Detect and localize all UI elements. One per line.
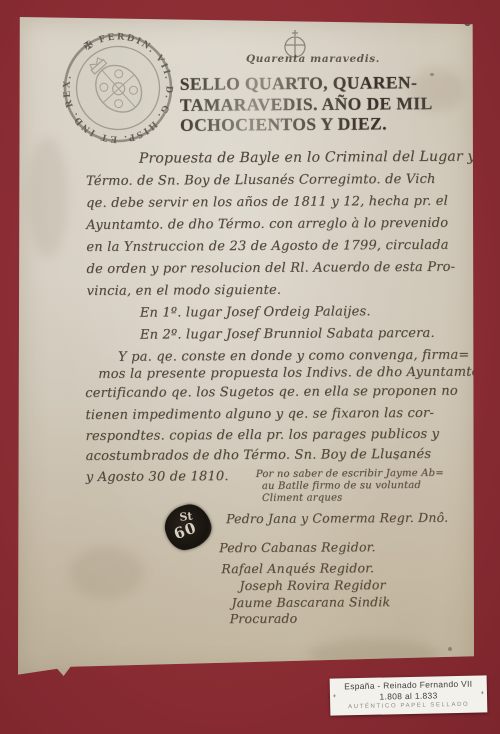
manuscript-line: respondtes. copias de ella pr. los parag… (86, 427, 440, 444)
manuscript-line: Propuesta de Bayle en lo Criminal del Lu… (139, 149, 476, 167)
ink-stamp-number: 60 (171, 518, 199, 543)
manuscript-line: Y pa. qe. conste en donde y como conveng… (118, 348, 470, 365)
attestation-line: Climent arques (262, 492, 343, 503)
signature-line: Procurado (230, 611, 298, 626)
label-subtitle: AUTÉNTICO PAPEL SELLADO (348, 702, 469, 712)
manuscript-line: qe. debe servir en los años de 1811 y 12… (86, 194, 448, 211)
attestation-line: au Batlle firmo de su voluntad (262, 480, 421, 492)
manuscript-line: Ayuntamto. de dho Térmo. con arreglo à l… (86, 216, 448, 233)
label-dates: 1.808 al 1.833 (379, 691, 437, 702)
attestation-line: Por no saber de escribir Jayme Ab= (256, 468, 444, 480)
manuscript-line: y Agosto 30 de 1810. (86, 469, 229, 485)
signature-line: Jaume Bascarana Sindik (232, 594, 391, 610)
manuscript-line: En 1º. lugar Josef Ordeig Palaijes. (140, 304, 371, 320)
manuscript-line: certificando qe. los Sugetos qe. en ella… (85, 384, 458, 401)
label-diamond-icon: ♦ (481, 690, 484, 696)
manuscript-line: de orden y por resolucion del Rl. Acuerd… (86, 260, 455, 277)
signature-line: Joseph Rovira Regidor (239, 577, 385, 593)
manuscript-line: tienen impedimento alguno y qe. se fixar… (85, 406, 434, 423)
sealed-paper-document: ✠ FERDIN. VII. D. G. HISP. ET IND. REX. … (18, 17, 474, 676)
collector-label: ♦ ♦ España - Reinado Fernando VII 1.808 … (330, 675, 488, 715)
manuscript-line: mos la presente propuesta los Indivs. de… (98, 365, 488, 382)
manuscript-body: Propuesta de Bayle en lo Criminal del Lu… (16, 16, 476, 678)
manuscript-line: En 2º. lugar Josef Brunniol Sabata parce… (140, 326, 435, 343)
signature-line: Pedro Jana y Comerma Regr. Dnô. (226, 510, 448, 526)
signature-line: Pedro Cabanas Regidor. (219, 539, 375, 555)
signature-line: Rafael Anqués Regidor. (221, 560, 374, 576)
manuscript-line: Térmo. de Sn. Boy de Llusanés Corregimto… (86, 172, 436, 189)
manuscript-line: acostumbrados de dho Térmo. Sn. Boy de L… (86, 447, 432, 464)
manuscript-line: vincia, en el modo siguiente. (87, 283, 282, 299)
manuscript-line: en la Ynstruccion de 23 de Agosto de 179… (86, 238, 448, 255)
label-diamond-icon: ♦ (333, 694, 336, 700)
